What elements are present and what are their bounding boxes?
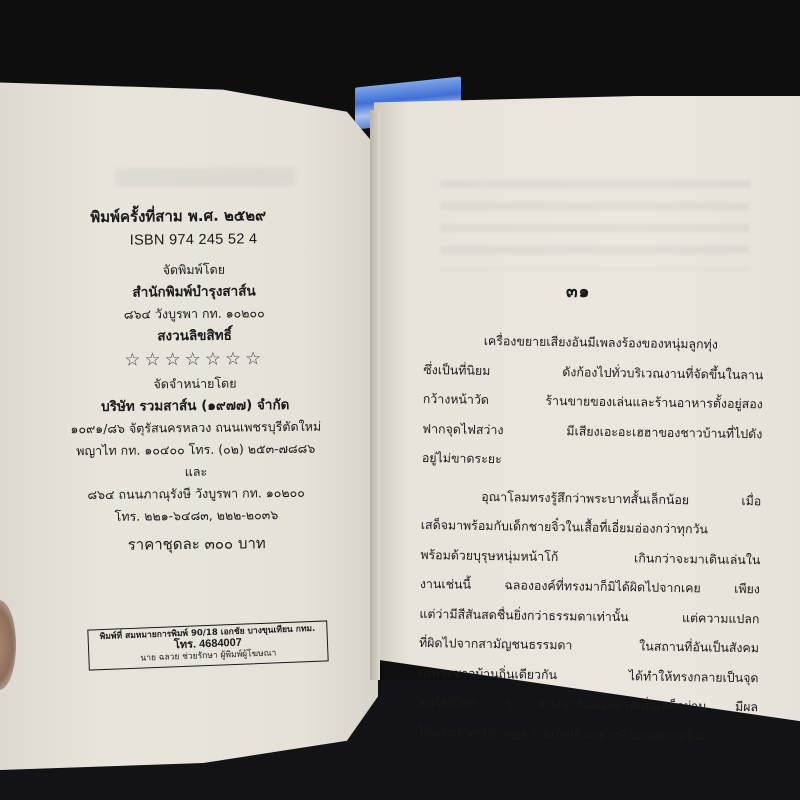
- text-line: กว้างหน้าวัด ร้านขายของเล่นและร้านอาหารต…: [423, 384, 763, 419]
- isbn: ISBN 974 245 52 4: [68, 228, 318, 253]
- distributor-address-2: พญาไท กท. ๑๐๔๐๐ โทร. (๐๒) ๒๕๓-๗๘๘๖: [71, 438, 321, 463]
- distributed-by-label: จัดจำหน่ายโดย: [70, 372, 320, 397]
- distributor-name: บริษัท รวมสาส์น (๑๙๗๗) จำกัด: [70, 394, 320, 419]
- text-line: ที่ผิดไปจากสามัญชนธรรมดา ในสถานที่อันเป็…: [419, 628, 759, 663]
- text-line: สนใจที่ใคร ๆ ต่างหากันมองตามเมื่อเสด็จผ่…: [418, 687, 758, 722]
- copyright-notice: สงวนลิขสิทธิ์: [69, 324, 319, 349]
- chapter-number: ๓๑: [566, 278, 590, 305]
- edition-line: พิมพ์ครั้งที่สาม พ.ศ. ๒๕๒๙: [68, 204, 318, 229]
- star-ornament-icon: ☆☆☆☆☆☆☆: [70, 346, 320, 375]
- text-line: เสด็จมาพร้อมกับเด็กชายจิ๋วในเสื้อที่เอี่…: [421, 510, 761, 545]
- text-line: ให้ดวงพักตร์ปรากฏความเก้อเขินอย่างที่ไม่…: [417, 716, 757, 751]
- bleed-through-text: [440, 180, 750, 270]
- bleed-through-text: [115, 168, 295, 186]
- and-label: และ: [71, 460, 321, 485]
- branch-address: ๘๖๔ ถนนภาณุรังษี วังบูรพา กท. ๑๐๒๐๐: [71, 482, 321, 507]
- distributor-address-1: ๑๐๙๑/๘๖ จัตุรัสนครหลวง ถนนเพชรบุรีตัดใหม…: [70, 416, 320, 441]
- publisher-address: ๘๖๔ วังบูรพา กท. ๑๐๒๐๐: [69, 302, 319, 327]
- publisher-name: สำนักพิมพ์บำรุงสาส์น: [69, 280, 319, 305]
- chapter-body-text: เครื่องขยายเสียงอันมีเพลงร้องของหนุ่มลูก…: [417, 325, 764, 751]
- text-line: อยู่ไม่ขาดระยะ: [422, 443, 762, 478]
- price: ราคาชุดละ ๓๐๐ บาท: [72, 532, 322, 557]
- text-line: งานเช่นนี้ ฉลององค์ที่ทรงมาก็มิได้ผิดไปจ…: [420, 569, 760, 604]
- book-gutter: [370, 110, 380, 680]
- branch-phone: โทร. ๒๒๑-๖๔๘๓, ๒๒๒-๒๐๓๖: [71, 504, 321, 529]
- colophon: พิมพ์ครั้งที่สาม พ.ศ. ๒๕๒๙ ISBN 974 245 …: [68, 204, 322, 557]
- published-by-label: จัดพิมพ์โดย: [69, 258, 319, 283]
